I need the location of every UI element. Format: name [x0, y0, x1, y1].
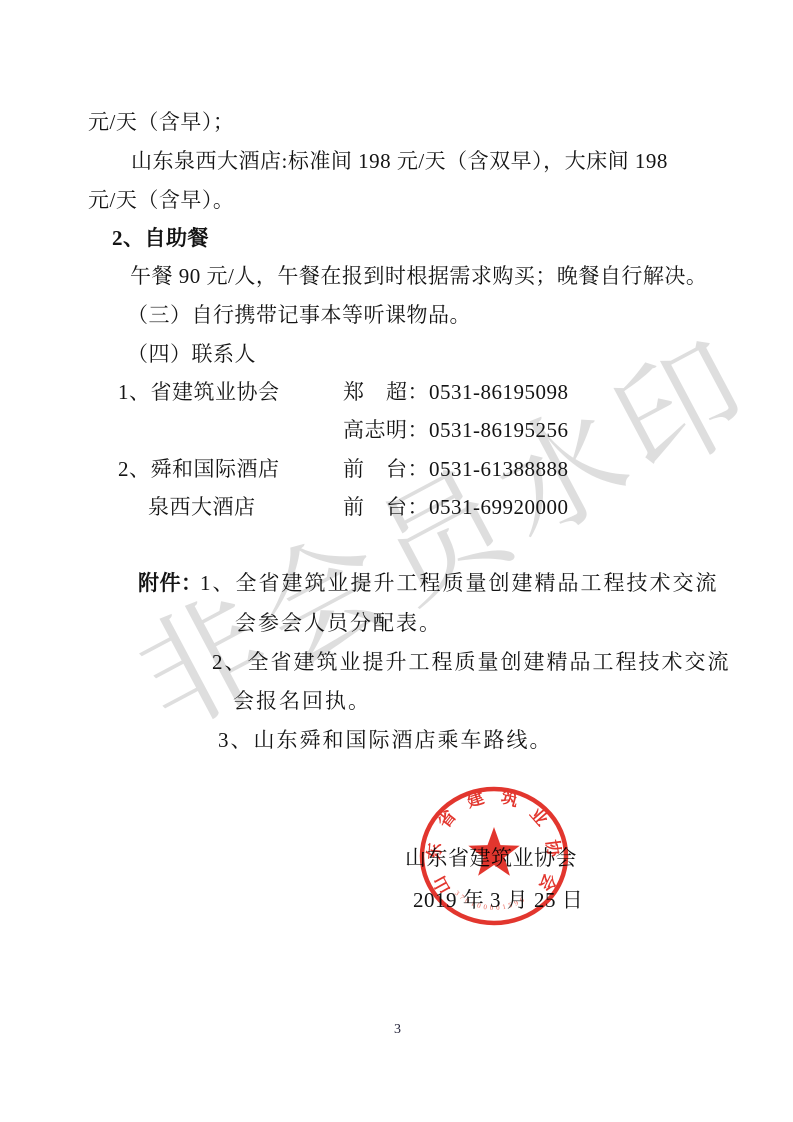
heading-buffet: 2、自助餐 [112, 226, 209, 251]
svg-text:山东省建筑业协会: 山东省建筑业协会 [424, 786, 565, 897]
body-line-price-2: 元/天（含早）。 [88, 188, 234, 213]
contact-phone: 0531-69920000 [429, 495, 569, 519]
attachment-item-2-cont: 会报名回执。 [233, 689, 371, 714]
body-line-item-four: （四）联系人 [127, 342, 256, 367]
contact-phone: 0531-86195256 [429, 418, 569, 442]
contact-row: 郑 超：0531-86195098 [343, 380, 569, 405]
contact-person: 前 台： [343, 457, 429, 481]
signature-date: 2019 年 3 月 25 日 [413, 888, 583, 913]
document-page: 非会员水印 元/天（含早）； 山东泉西大酒店:标准间 198 元/天（含双早），… [0, 0, 793, 1122]
contact-row: 高志明：0531-86195256 [343, 418, 569, 443]
contact-row: 前 台：0531-61388888 [343, 457, 569, 482]
body-line-price-1: 元/天（含早）； [88, 110, 234, 135]
contact-person: 郑 超： [343, 380, 429, 404]
contact-row: 前 台：0531-69920000 [343, 495, 569, 520]
attachment-item-1-text: 全省建筑业提升工程质量创建精品工程技术交流 [236, 571, 719, 595]
body-line-item-three: （三）自行携带记事本等听课物品。 [127, 303, 471, 328]
contact-org-hotel-quanxi: 泉西大酒店 [148, 495, 256, 520]
contact-person: 高志明： [343, 418, 429, 442]
signature-org: 山东省建筑业协会 [405, 846, 577, 871]
contact-phone: 0531-86195098 [429, 380, 569, 404]
attachment-item-1-cont: 会参会人员分配表。 [235, 611, 442, 636]
body-line-hotel-price: 山东泉西大酒店:标准间 198 元/天（含双早），大床间 198 [131, 149, 668, 174]
seal-arc-text: 山东省建筑业协会 [424, 786, 565, 897]
attachment-item-1: 1、全省建筑业提升工程质量创建精品工程技术交流 [200, 571, 719, 596]
attachments-label: 附件： [138, 571, 203, 596]
attachment-item-1-num: 1、 [200, 571, 236, 595]
page-number: 3 [394, 1022, 401, 1038]
body-line-buffet-detail: 午餐 90 元/人，午餐在报到时根据需求购买；晚餐自行解决。 [130, 264, 707, 289]
attachment-item-3: 3、山东舜和国际酒店乘车路线。 [218, 728, 553, 753]
contact-org-association: 1、省建筑业协会 [118, 380, 280, 405]
contact-org-hotel-shunhe: 2、舜和国际酒店 [118, 457, 280, 482]
attachment-item-2: 2、全省建筑业提升工程质量创建精品工程技术交流 [212, 650, 731, 675]
contact-person: 前 台： [343, 495, 429, 519]
contact-phone: 0531-61388888 [429, 457, 569, 481]
